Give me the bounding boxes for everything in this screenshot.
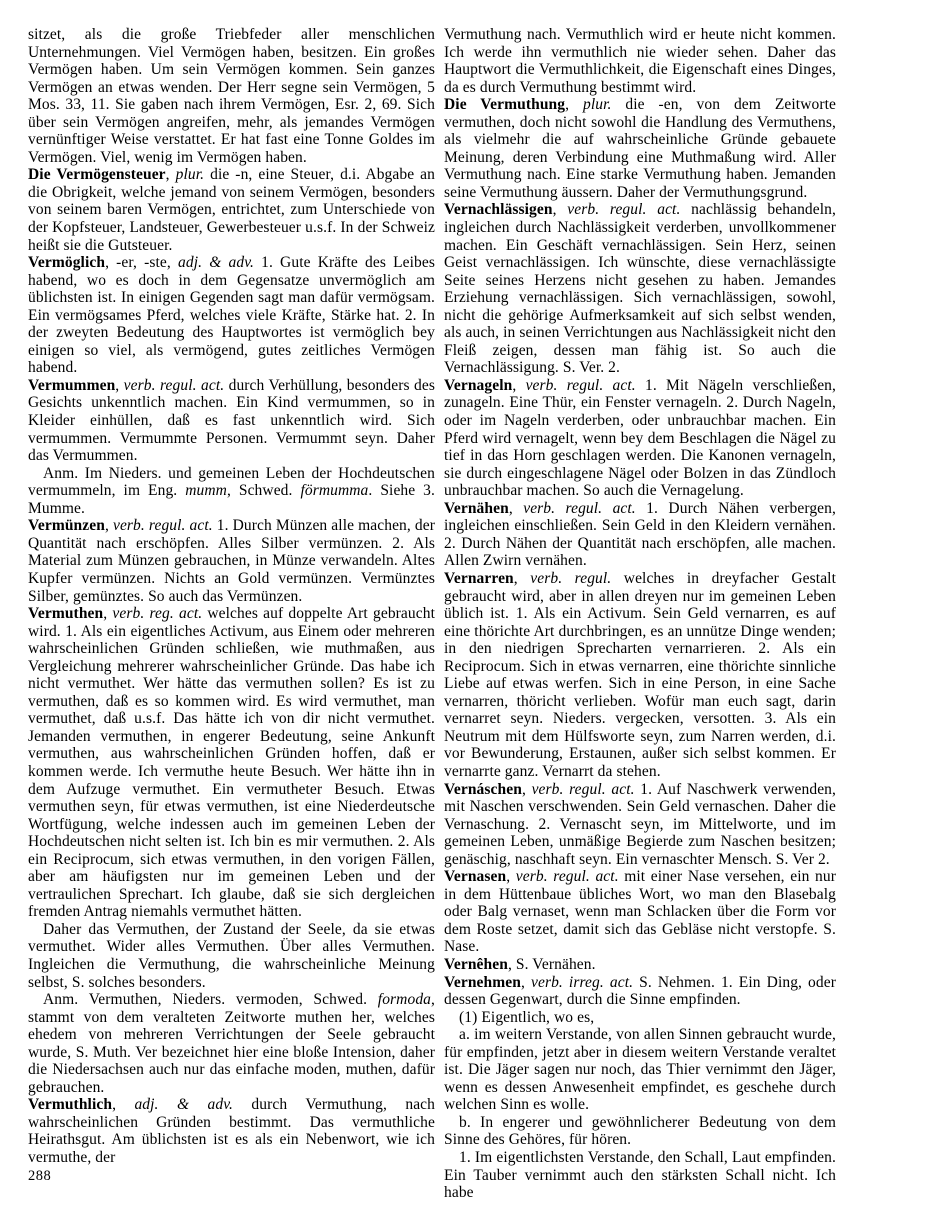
- body-text: Anm. Vermuthen, Nieders. vermoden, Schwe…: [43, 991, 378, 1008]
- sub-paragraph: 1. Im eigentlichsten Verstande, den Scha…: [444, 1149, 836, 1202]
- headword: Vernáschen: [444, 781, 522, 798]
- body-text: b. In engerer und gewöhnlicherer Bedeutu…: [444, 1114, 836, 1149]
- body-text: ,: [522, 781, 532, 798]
- note-paragraph: Anm. Vermuthen, Nieders. vermoden, Schwe…: [28, 991, 435, 1096]
- dictionary-entry: Vernageln, verb. regul. act. 1. Mit Näge…: [444, 377, 836, 500]
- body-text: 1. Gute Kräfte des Leibes habend, wo es …: [28, 254, 435, 376]
- dictionary-entry: Vermünzen, verb. regul. act. 1. Durch Mü…: [28, 517, 435, 605]
- body-text: a. im weitern Verstande, von allen Sinne…: [444, 1026, 836, 1113]
- dictionary-entry: Vermuthlich, adj. & adv. durch Vermuthun…: [28, 1096, 435, 1166]
- body-text: ,: [565, 96, 583, 113]
- headword: Vermummen: [28, 377, 115, 394]
- body-text: ,: [166, 166, 176, 183]
- body-text: sitzet, als die große Triebfeder aller m…: [28, 26, 435, 166]
- grammar-label: plur.: [176, 166, 205, 183]
- headword: Vermünzen: [28, 517, 105, 534]
- dictionary-entry: Vermuthen, verb. reg. act. welches auf d…: [28, 605, 435, 921]
- headword: Vernähen: [444, 500, 509, 517]
- body-text: welches auf doppelte Art gebraucht wird.…: [28, 605, 435, 920]
- grammar-label: formoda: [378, 991, 431, 1008]
- body-text: ,: [509, 500, 523, 517]
- grammar-label: verb. regul. act.: [523, 500, 636, 517]
- headword: Die Vermögensteuer: [28, 166, 166, 183]
- headword: Vernasen: [444, 868, 506, 885]
- dictionary-page: sitzet, als die große Triebfeder aller m…: [0, 0, 935, 1210]
- page-number: 288: [28, 1168, 51, 1185]
- body-text: ,: [521, 974, 531, 991]
- grammar-label: verb. regul. act.: [532, 781, 635, 798]
- grammar-label: plur.: [583, 96, 612, 113]
- two-column-text-area: sitzet, als die große Triebfeder aller m…: [28, 26, 836, 1202]
- dictionary-entry: Vernasen, verb. regul. act. mit einer Na…: [444, 868, 836, 956]
- body-text: Vermuthung nach. Vermuthlich wird er heu…: [444, 26, 836, 96]
- body-text: 1. Im eigentlichsten Verstande, den Scha…: [444, 1149, 836, 1201]
- body-text: ,: [112, 1096, 134, 1113]
- dictionary-entry: Vernêhen, S. Vernähen.: [444, 956, 836, 974]
- body-text: ,: [512, 377, 525, 394]
- sub-paragraph: (1) Eigentlich, wo es,: [444, 1009, 836, 1027]
- body-text: ,: [115, 377, 123, 394]
- headword: Vernachlässigen: [444, 201, 553, 218]
- dictionary-entry: Vermummen, verb. regul. act. durch Verhü…: [28, 377, 435, 465]
- grammar-label: verb. reg. act.: [112, 605, 202, 622]
- headword: Vermöglich: [28, 254, 105, 271]
- body-text: nachlässig behandeln, ingleichen durch N…: [444, 201, 836, 376]
- sub-paragraph: a. im weitern Verstande, von allen Sinne…: [444, 1026, 836, 1114]
- headword: Vermuthlich: [28, 1096, 112, 1113]
- continuation-paragraph: sitzet, als die große Triebfeder aller m…: [28, 26, 435, 166]
- body-text: ,: [553, 201, 568, 218]
- body-text: , Schwed.: [227, 482, 300, 499]
- grammar-label: verb. regul. act.: [124, 377, 225, 394]
- dictionary-entry: Vernehmen, verb. irreg. act. S. Nehmen. …: [444, 974, 836, 1009]
- headword: Vernêhen: [444, 956, 508, 973]
- grammar-label: verb. regul.: [530, 570, 611, 587]
- text-column-left: sitzet, als die große Triebfeder aller m…: [28, 26, 435, 1202]
- dictionary-entry: Die Vermögensteuer, plur. die -n, eine S…: [28, 166, 435, 254]
- headword: Vermuthen: [28, 605, 103, 622]
- grammar-label: verb. irreg. act.: [531, 974, 633, 991]
- body-text: ,: [514, 570, 530, 587]
- body-text: , -er, -ste,: [105, 254, 178, 271]
- body-text: ,: [506, 868, 516, 885]
- grammar-label: mumm: [185, 482, 227, 499]
- dictionary-entry: Vernáschen, verb. regul. act. 1. Auf Nas…: [444, 781, 836, 869]
- grammar-label: adj. & adv.: [134, 1096, 233, 1113]
- headword: Vernageln: [444, 377, 512, 394]
- headword: Vernarren: [444, 570, 514, 587]
- body-text: 1. Mit Nägeln verschließen, zunageln. Ei…: [444, 377, 836, 499]
- body-text: , S. Vernähen.: [508, 956, 596, 973]
- grammar-label: verb. regul. act.: [526, 377, 636, 394]
- grammar-label: verb. regul. act.: [567, 201, 680, 218]
- text-column-right: Vermuthung nach. Vermuthlich wird er heu…: [444, 26, 836, 1202]
- continuation-paragraph: Vermuthung nach. Vermuthlich wird er heu…: [444, 26, 836, 96]
- body-text: welches in dreyfacher Gestalt gebraucht …: [444, 570, 836, 780]
- body-text: ,: [105, 517, 113, 534]
- grammar-label: verb. regul. act.: [516, 868, 619, 885]
- note-paragraph: Daher das Vermuthen, der Zustand der See…: [28, 921, 435, 991]
- headword: Die Vermuthung: [444, 96, 565, 113]
- dictionary-entry: Vermöglich, -er, -ste, adj. & adv. 1. Gu…: [28, 254, 435, 377]
- grammar-label: förmumma: [300, 482, 368, 499]
- grammar-label: verb. regul. act.: [113, 517, 213, 534]
- dictionary-entry: Vernachlässigen, verb. regul. act. nachl…: [444, 201, 836, 376]
- dictionary-entry: Vernähen, verb. regul. act. 1. Durch Näh…: [444, 500, 836, 570]
- grammar-label: adj. & adv.: [178, 254, 254, 271]
- headword: Vernehmen: [444, 974, 521, 991]
- body-text: Daher das Vermuthen, der Zustand der See…: [28, 921, 435, 991]
- note-paragraph: Anm. Im Nieders. und gemeinen Leben der …: [28, 465, 435, 518]
- dictionary-entry: Vernarren, verb. regul. welches in dreyf…: [444, 570, 836, 781]
- sub-paragraph: b. In engerer und gewöhnlicherer Bedeutu…: [444, 1114, 836, 1149]
- dictionary-entry: Die Vermuthung, plur. die -en, von dem Z…: [444, 96, 836, 201]
- body-text: (1) Eigentlich, wo es,: [459, 1009, 594, 1026]
